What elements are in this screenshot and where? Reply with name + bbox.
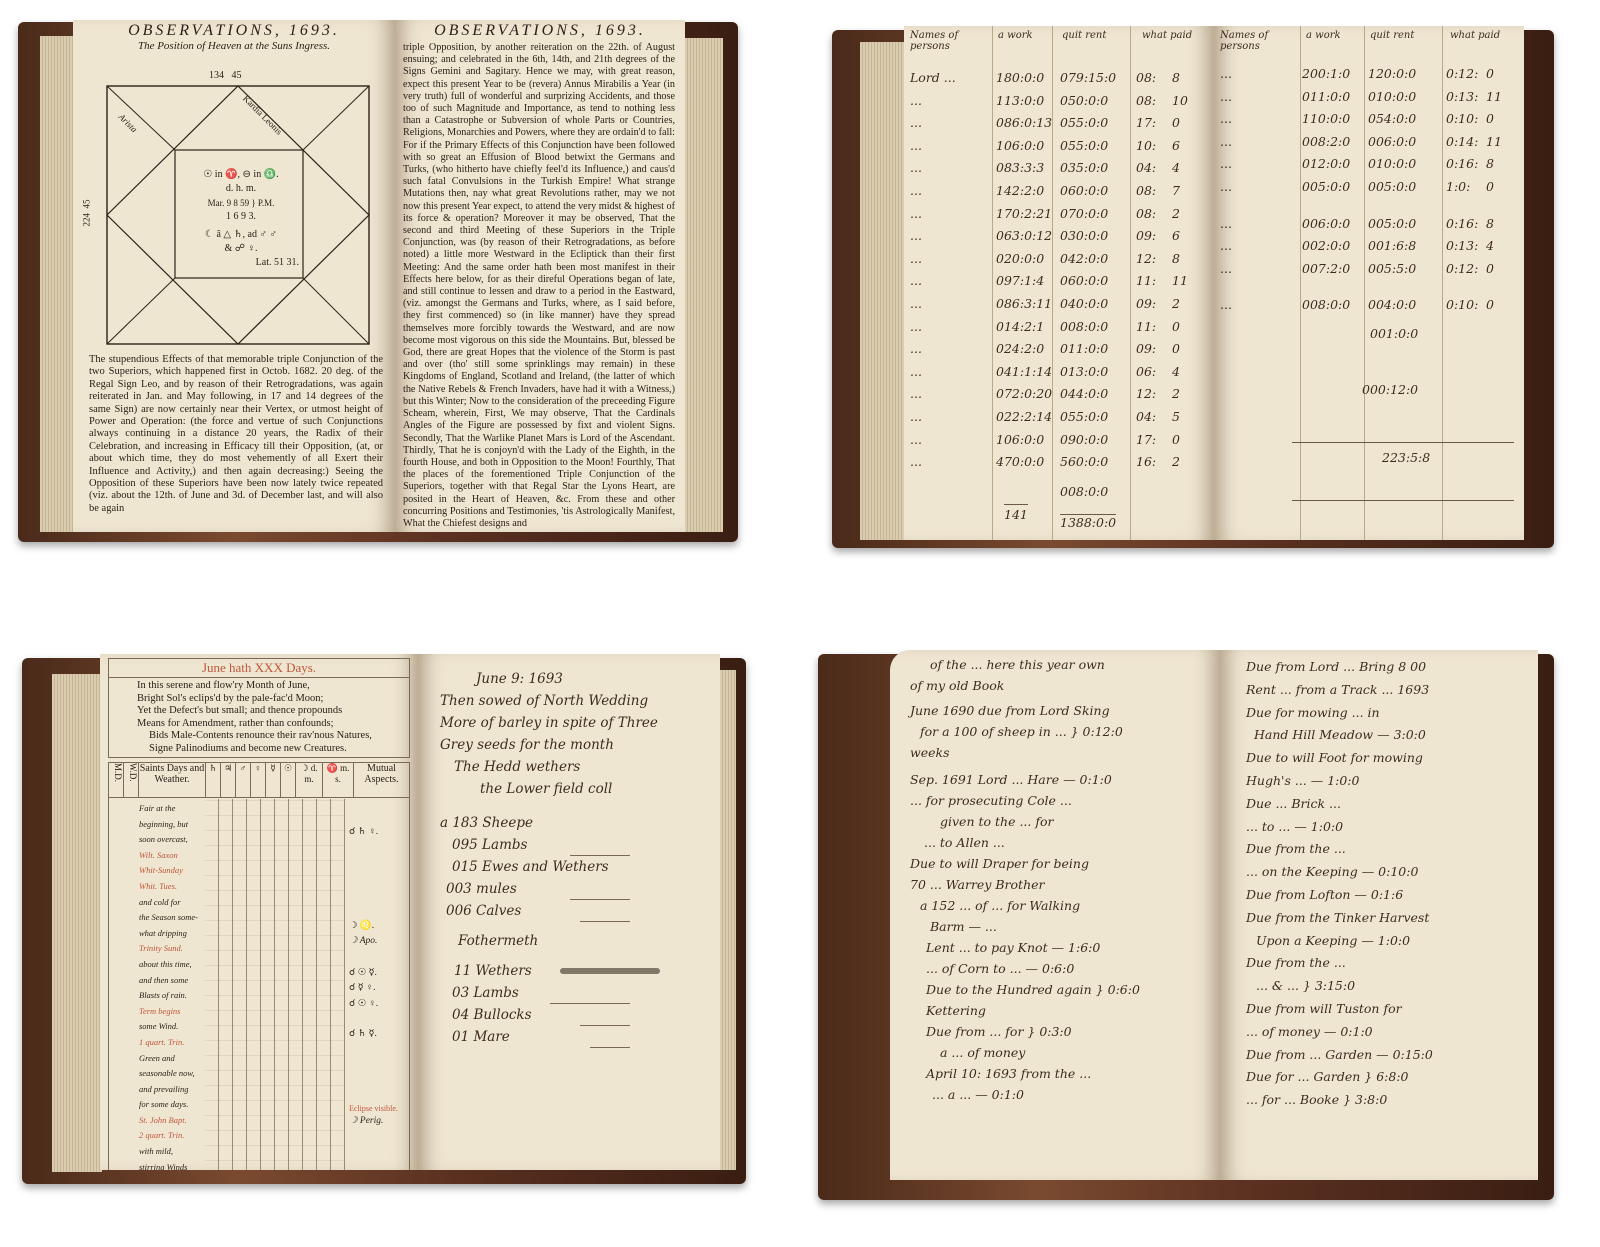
month-title: June hath XXX Days. bbox=[108, 658, 410, 678]
numeric-grid bbox=[205, 799, 345, 1170]
handwritten-accounts: Due from Lord ... Bring 8 00 Rent ... fr… bbox=[1220, 650, 1538, 1112]
ledger-row: ...106:0:0090:0:017:0 bbox=[904, 432, 1214, 455]
ledger-row: ...142:2:0060:0:008:7 bbox=[904, 183, 1214, 206]
ledger-row: Lord ...180:0:0079:15:008:8 bbox=[904, 70, 1214, 93]
ledger-grand-total: 223:5:8 bbox=[1382, 450, 1430, 465]
ledger-extra-2: 000:12:0 bbox=[1362, 382, 1418, 397]
total-rule bbox=[1292, 500, 1514, 501]
total-rule bbox=[1292, 442, 1514, 443]
ledger-row: ...086:0:13055:0:017:0 bbox=[904, 115, 1214, 138]
ledger-row: ...041:1:14013:0:006:4 bbox=[904, 364, 1214, 387]
ledger-row: ...113:0:0050:0:008:10 bbox=[904, 93, 1214, 116]
right-page: OBSERVATIONS, 1693. triple Opposition, b… bbox=[395, 20, 685, 532]
ledger-row: ...110:0:0054:0:00:10:0 bbox=[1214, 111, 1524, 134]
left-page: of the ... here this year own of my old … bbox=[890, 650, 1220, 1180]
ledger-row: ...012:0:0010:0:00:16:8 bbox=[1214, 156, 1524, 179]
chart-top-degrees: 134 45 bbox=[209, 70, 242, 81]
page-edges bbox=[860, 42, 910, 540]
ledger-row: ...014:2:1008:0:011:0 bbox=[904, 319, 1214, 342]
photo-bottom-right-accounts: of the ... here this year own of my old … bbox=[818, 644, 1554, 1200]
ledger-row: ...470:0:0560:0:016:2 bbox=[904, 454, 1214, 477]
ledger-row: ...006:0:0005:0:00:16:8 bbox=[1214, 216, 1524, 239]
ledger-row: ...008:2:0006:0:00:14:11 bbox=[1214, 134, 1524, 157]
ledger-row: ...008:0:0004:0:00:10:0 bbox=[1214, 297, 1524, 320]
ledger-row: ...024:2:0011:0:009:0 bbox=[904, 341, 1214, 364]
ledger-row: ...063:0:12030:0:009:6 bbox=[904, 228, 1214, 251]
column-rule bbox=[1130, 26, 1131, 540]
column-rule bbox=[1364, 26, 1365, 540]
column-rule bbox=[1300, 26, 1301, 540]
ledger-row: ...005:0:0005:0:01:0:0 bbox=[1214, 179, 1524, 202]
weather-column: Fair at the beginning, but soon overcast… bbox=[139, 801, 203, 1170]
ledger-subtotal: 008:0:0 bbox=[1060, 484, 1108, 499]
body-text: The stupendious Effects of that memorabl… bbox=[89, 354, 383, 515]
ledger-row: ...007:2:0005:5:00:12:0 bbox=[1214, 261, 1524, 284]
ledger-row: ...083:3:3035:0:004:4 bbox=[904, 160, 1214, 183]
ledger-rows: Lord ...180:0:0079:15:008:8 ...113:0:005… bbox=[904, 70, 1214, 477]
chart-side-degrees: 224 45 bbox=[82, 200, 92, 227]
page-edges bbox=[685, 38, 723, 532]
ledger-total-count: 141 bbox=[1004, 504, 1028, 522]
ledger-row: ...022:2:14055:0:004:5 bbox=[904, 409, 1214, 432]
ledger-row: ...106:0:0055:0:010:6 bbox=[904, 138, 1214, 161]
column-rule bbox=[992, 26, 993, 540]
body-text: triple Opposition, by another reiteratio… bbox=[403, 42, 675, 530]
ledger-headers: Names of persons a work quit rent what p… bbox=[904, 26, 1214, 56]
ledger-total-amount: 1388:0:0 bbox=[1060, 514, 1116, 530]
horoscope-chart: 134 45 224 45 Arista Kardia Leonis ☉ in … bbox=[87, 58, 379, 348]
aspects-column: ☌ ♄ ♀. ☽ ♌. ☽ Apo. ☌ ☉ ☿. ☌ ☿ ♀. ☌ ☉ ♀. … bbox=[349, 825, 409, 1170]
ledger-extra-1: 001:0:0 bbox=[1370, 326, 1418, 341]
photo-top-right-ledger: Names of persons a work quit rent what p… bbox=[832, 22, 1554, 550]
column-rule bbox=[1442, 26, 1443, 540]
ledger-row: ...200:1:0120:0:00:12:0 bbox=[1214, 66, 1524, 89]
photo-top-left-printed-astrology: OBSERVATIONS, 1693. The Position of Heav… bbox=[18, 12, 738, 542]
left-page: Names of persons a work quit rent what p… bbox=[904, 26, 1214, 540]
page-edges bbox=[52, 674, 102, 1172]
ledger-row: ...170:2:21070:0:008:2 bbox=[904, 206, 1214, 229]
running-head: OBSERVATIONS, 1693. bbox=[395, 22, 685, 40]
right-page: Due from Lord ... Bring 8 00 Rent ... fr… bbox=[1220, 650, 1538, 1180]
ledger-row: ...086:3:11040:0:009:2 bbox=[904, 296, 1214, 319]
photo-bottom-left-june-calendar: June hath XXX Days. In this serene and f… bbox=[22, 650, 746, 1184]
ledger-row: ...011:0:0010:0:00:13:11 bbox=[1214, 89, 1524, 112]
left-page: OBSERVATIONS, 1693. The Position of Heav… bbox=[73, 20, 395, 532]
table-header: M.D. W.D. Saints Days and Weather. ♄ ♃ ♂… bbox=[109, 763, 409, 798]
ledger-headers: Names of persons a work quit rent what p… bbox=[1214, 26, 1524, 56]
page-subtitle: The Position of Heaven at the Suns Ingre… bbox=[73, 40, 395, 52]
ledger-rows: ...200:1:0120:0:00:12:0 ...011:0:0010:0:… bbox=[1214, 66, 1524, 320]
handwritten-accounts: of the ... here this year own of my old … bbox=[890, 650, 1220, 1105]
left-page: June hath XXX Days. In this serene and f… bbox=[100, 654, 418, 1170]
ledger-row: ...072:0:20044:0:012:2 bbox=[904, 386, 1214, 409]
month-verse: In this serene and flow'ry Month of June… bbox=[108, 678, 410, 758]
ledger-row: ...002:0:0001:6:80:13:4 bbox=[1214, 238, 1524, 261]
handwritten-notes: June 9: 1693 Then sowed of North Wedding… bbox=[418, 654, 720, 1048]
column-rule bbox=[1052, 26, 1053, 540]
page-edges bbox=[720, 670, 736, 1170]
almanac-table: M.D. W.D. Saints Days and Weather. ♄ ♃ ♂… bbox=[108, 762, 410, 1170]
running-head: OBSERVATIONS, 1693. bbox=[73, 22, 395, 40]
right-page: Names of persons a work quit rent what p… bbox=[1214, 26, 1524, 540]
chart-center: ☉ in ♈, ⊖ in ♎. d. h. m. Mar. 9 8 59 } P… bbox=[183, 168, 299, 270]
right-page: June 9: 1693 Then sowed of North Wedding… bbox=[418, 654, 720, 1170]
ledger-row: ...097:1:4060:0:011:11 bbox=[904, 273, 1214, 296]
ledger-row: ...020:0:0042:0:012:8 bbox=[904, 251, 1214, 274]
